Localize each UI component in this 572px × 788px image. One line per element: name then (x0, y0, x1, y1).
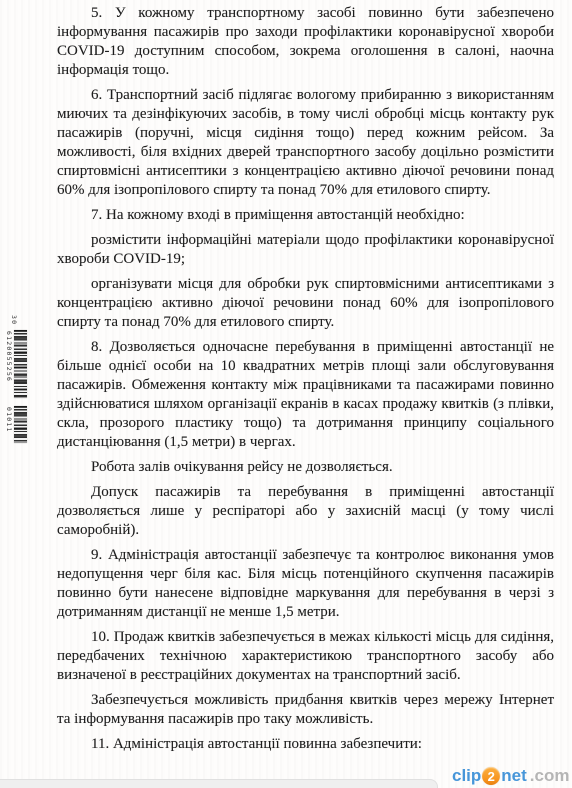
document-text: 5. У кожному транспортному засобі повинн… (57, 4, 554, 760)
paragraph: 5. У кожному транспортному засобі повинн… (57, 4, 554, 80)
paragraph: організувати місця для обробки рук спирт… (57, 275, 554, 332)
watermark-text-clip: clip (452, 766, 481, 786)
scanned-document-page: 5. У кожному транспортному засобі повинн… (0, 0, 572, 788)
barcode-bars-secondary (14, 406, 27, 443)
paragraph: 8. Дозволяється одночасне перебування в … (57, 338, 554, 452)
barcode-digits-main: 6120055256 (5, 331, 13, 382)
clip2net-logo-icon: 2 (482, 767, 500, 785)
paragraph: розмістити інформаційні матеріали щодо п… (57, 231, 554, 269)
paragraph: 6. Транспортний засіб підлягає вологому … (57, 86, 554, 200)
watermark-text-com: .com (530, 766, 570, 786)
clip2net-watermark: clip 2 net .com (452, 766, 569, 786)
watermark-text-net: net (501, 766, 527, 786)
barcode-label: 30 (10, 315, 18, 325)
paragraph: 10. Продаж квитків забезпечується в межа… (57, 628, 554, 685)
paragraph: Робота залів очікування рейсу не дозволя… (57, 458, 554, 477)
paragraph: 11. Адміністрація автостанції повинна за… (57, 735, 554, 754)
paragraph: Забезпечується можливість придбання квит… (57, 691, 554, 729)
barcode-bars-main (14, 330, 27, 398)
paragraph: Допуск пасажирів та перебування в приміщ… (57, 483, 554, 540)
barcode: 30 6120055256 01011 (0, 314, 30, 454)
window-edge-artifact (0, 779, 438, 788)
barcode-digits-secondary: 01011 (5, 407, 13, 433)
paragraph: 7. На кожному вході в приміщення автоста… (57, 206, 554, 225)
paragraph: 9. Адміністрація автостанції забезпечує … (57, 546, 554, 622)
